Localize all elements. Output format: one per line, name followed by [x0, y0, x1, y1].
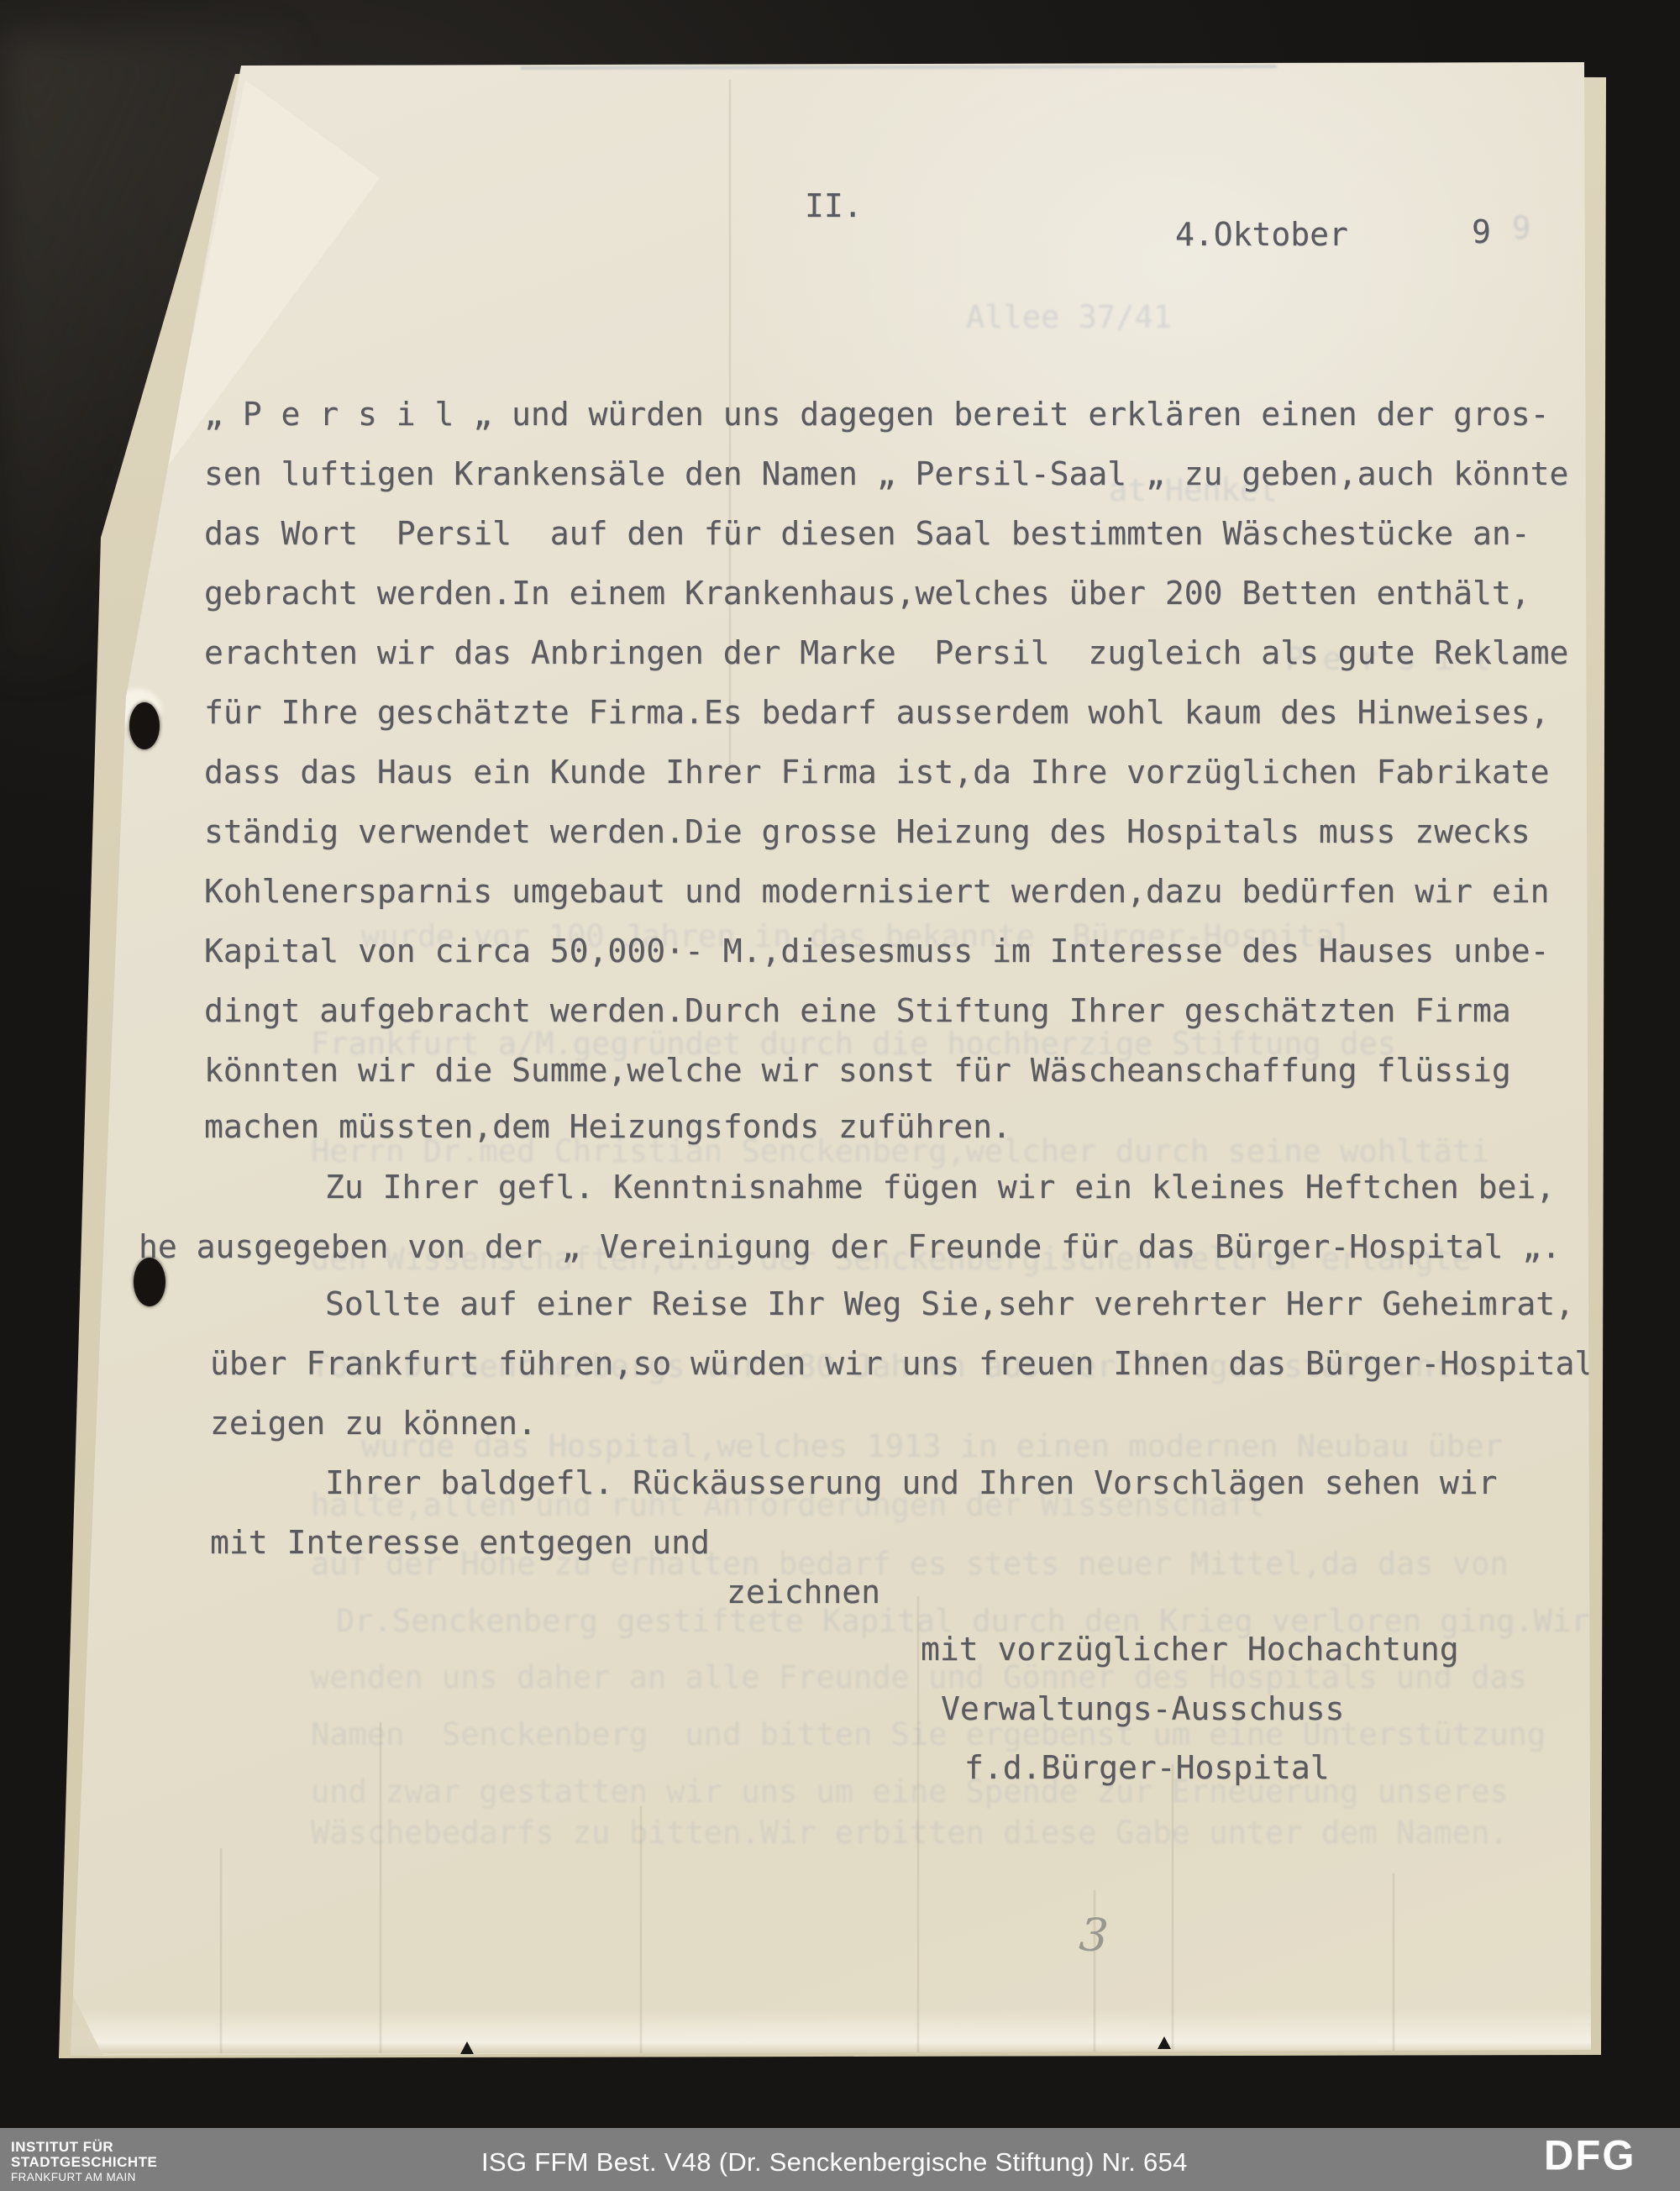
letter-date: 4.Oktober — [1175, 215, 1348, 254]
archive-reference: ISG FFM Best. V48 (Dr. Senckenbergische … — [481, 2147, 1188, 2178]
ghost-line: Wäschebedarfs zu bitten.Wir erbitten die… — [311, 1815, 1509, 1851]
typed-line: mit vorzüglicher Hochachtung — [921, 1630, 1459, 1668]
typed-line: könnten wir die Summe,welche wir sonst f… — [204, 1051, 1511, 1090]
typed-line: Sollte auf einer Reise Ihr Weg Sie,sehr … — [325, 1285, 1574, 1323]
typed-line: he ausgegeben von der „ Vereinigung der … — [139, 1227, 1561, 1266]
typed-line: für Ihre geschätzte Firma.Es bedarf auss… — [204, 693, 1549, 732]
page-roman-numeral: II. — [805, 187, 863, 225]
paper-bottom-sheen — [71, 2010, 1593, 2053]
isg-logo-line1: INSTITUT FÜR — [11, 2140, 157, 2155]
typed-page-number: 9 — [1472, 213, 1491, 251]
typed-line: erachten wir das Anbringen der Marke Per… — [204, 633, 1568, 672]
typed-line: Ihrer baldgefl. Rückäusserung und Ihren … — [325, 1463, 1498, 1502]
typed-line: dingt aufgebracht werden.Durch eine Stif… — [204, 991, 1511, 1030]
isg-logo-line3: FRANKFURT AM MAIN — [11, 2170, 157, 2185]
typed-line: das Wort Persil auf den für diesen Saal … — [204, 514, 1530, 553]
typed-line: mit Interesse entgegen und — [210, 1523, 710, 1562]
typed-line: Verwaltungs-Ausschuss — [941, 1689, 1344, 1728]
typed-line: zeigen zu können. — [210, 1404, 537, 1442]
paper-edge-nick — [460, 2041, 474, 2054]
typed-line: ständig verwendet werden.Die grosse Heiz… — [204, 812, 1530, 851]
paper-sheet: 9Allee 37/41at HenkelP e r s i lwurde vo… — [0, 0, 1680, 2191]
dfg-logo: DFG — [1544, 2131, 1635, 2179]
paper-top-edge-tint — [521, 65, 1277, 70]
typed-line: „ P e r s i l „ und würden uns dagegen b… — [204, 395, 1549, 433]
typed-line: zeichnen — [727, 1573, 880, 1611]
typed-line: Kapital von circa 50,000·- M.,diesesmuss… — [204, 932, 1549, 970]
typed-line: f.d.Bürger-Hospital — [964, 1748, 1330, 1787]
typed-line: Zu Ihrer gefl. Kenntnisnahme fügen wir e… — [325, 1168, 1555, 1206]
typed-line: Kohlenersparnis umgebaut und modernisier… — [204, 872, 1549, 911]
typed-line: sen luftigen Krankensäle den Namen „ Per… — [204, 454, 1568, 493]
ghost-line: 9 — [1512, 210, 1530, 246]
typed-line: gebracht werden.In einem Krankenhaus,wel… — [204, 574, 1530, 612]
ghost-line: Allee 37/41 — [966, 299, 1172, 335]
scanned-document-page: 9Allee 37/41at HenkelP e r s i lwurde vo… — [0, 0, 1680, 2191]
paper-crease — [380, 1722, 381, 2053]
typed-line: machen müssten,dem Heizungsfonds zuführe… — [204, 1107, 1011, 1146]
ghost-line: Namen Senckenberg und bitten Sie ergeben… — [311, 1716, 1546, 1752]
punch-hole — [129, 702, 160, 749]
paper-crease — [220, 1848, 222, 2053]
footer-band: INSTITUT FÜR STADTGESCHICHTE FRANKFURT A… — [0, 2128, 1680, 2191]
paper-edge-nick — [1158, 2036, 1171, 2049]
typed-line: über Frankfurt führen,so würden wir uns … — [210, 1344, 1593, 1383]
isg-logo-line2: STADTGESCHICHTE — [11, 2155, 157, 2170]
paper-crease — [1393, 1873, 1394, 2052]
isg-logo: INSTITUT FÜR STADTGESCHICHTE FRANKFURT A… — [11, 2140, 157, 2185]
pencil-page-number: 3 — [1078, 1908, 1110, 1962]
typed-line: dass das Haus ein Kunde Ihrer Firma ist,… — [204, 753, 1549, 791]
